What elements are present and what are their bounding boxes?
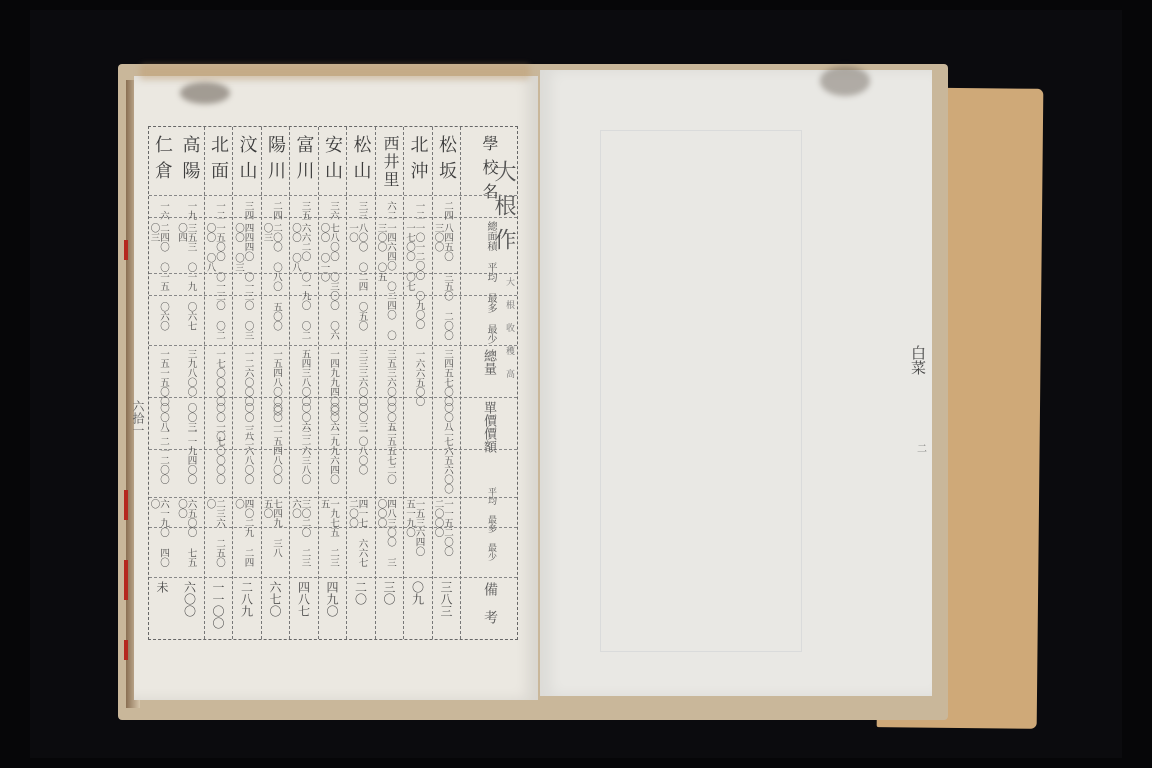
value-stats: 四〇二九 二四〇 [234, 499, 253, 574]
school-column: 仁倉 一六 二四〇 〇一五 〇六〇 〇三 一五一五〇〇 〇〇八 一二一二〇〇 六… [148, 127, 176, 639]
value-stats: 一一五二〇〇 二〇〇〇 [433, 499, 452, 574]
households: 三三 [357, 201, 367, 220]
red-stamp-mark [124, 560, 128, 600]
area: 四四四〇 〇一三〇 〇三〇〇 〇三 [234, 223, 253, 343]
total: 三四五七〇〇 [443, 349, 453, 406]
red-stamp-mark [124, 640, 128, 660]
school-column: 安山 三六 七八〇〇 〇三〇〇 〇六〇〇 〇一〇 一四九九四〇〇 〇〇六 二九九… [319, 127, 348, 639]
margin-note: 六拾一 [130, 400, 147, 436]
school-name: 富川 [295, 135, 313, 187]
remarks: 二八九 [241, 581, 253, 617]
remarks-label: 備考 [483, 582, 497, 638]
value-stats: 四一七 六六七 二〇〇 [348, 499, 367, 574]
school-column: 西井里 六二 一四六四〇 〇二四〇 〇三〇〇 〇五 三五三六〇〇 〇〇五 二五五… [376, 127, 405, 639]
value-stats: 二三六 二五〇〇 [205, 499, 224, 574]
value: 二七六五六〇〇 [443, 427, 453, 494]
stain [820, 66, 870, 96]
area: 七八〇〇 〇三〇〇 〇六〇〇 〇一〇 [319, 223, 338, 343]
area-label: 總面積 平均 最多 最少 [485, 221, 495, 344]
right-page-number: 二 [917, 440, 927, 455]
value: 一〇八〇〇 [357, 427, 367, 475]
remarks: 一一〇〇 [212, 581, 224, 629]
value: 二二六八〇〇 [243, 427, 253, 484]
school-column: 富川 三五 六六二〇 〇一九〇 〇二〇〇 〇八 五四三八〇〇 〇〇六 三二六三八… [290, 127, 319, 639]
remarks: 六〇〇 [184, 581, 196, 617]
school-name: 陽川 [266, 135, 284, 187]
remarks: 三〇 [383, 581, 395, 605]
area: 三五三 〇一九 〇六七 〇四 [177, 223, 196, 343]
area: 八四五〇 三五〇 二〇〇 三〇〇 [433, 223, 452, 343]
households: 六二 [386, 201, 396, 220]
school-name-label: 學校名 [481, 135, 497, 207]
school-name: 高陽 [181, 135, 199, 187]
school-column: 松坂 二四 八四五〇 三五〇 二〇〇 三〇〇 三四五七〇〇 〇〇八 二七六五六〇… [433, 127, 462, 639]
side-group-label: 大根收穫高 [504, 277, 513, 392]
header-column: 學校名 總面積 平均 最多 最少 總量 單價 價額 平均 最多 最少 備考 大根… [461, 127, 517, 639]
total: 一六六五〇〇 [414, 349, 424, 406]
total: 五四三八〇〇 [300, 349, 310, 406]
harvest-table: 學校名 總面積 平均 最多 最少 總量 單價 價額 平均 最多 最少 備考 大根… [148, 126, 518, 640]
households: 二四 [443, 201, 453, 220]
households: 三四 [243, 201, 253, 220]
area: 一五〇〇 〇一三〇 〇二〇〇 〇八 [205, 223, 224, 343]
households: 一二 [414, 201, 424, 220]
value-stats: 六一九〇 四〇〇 [149, 499, 168, 574]
total: 一七〇〇〇〇 [215, 349, 225, 406]
remarks: 未 [156, 581, 168, 593]
school-name: 松山 [352, 135, 370, 187]
right-page [540, 70, 932, 696]
total: 三五三六〇〇 [386, 349, 396, 406]
area: 八〇〇 〇二四 〇五〇 一〇 [348, 223, 367, 343]
value-stats: 七四九 三八 五〇 [262, 499, 281, 574]
households: 一九 [186, 201, 196, 220]
households: 三五 [300, 201, 310, 220]
value: 二五五七二〇 [386, 427, 396, 484]
value: 一七〇〇〇〇 [215, 427, 225, 484]
school-column: 高陽 一九 三五三 〇一九 〇六七 〇四 三九八〇〇 〇〇三 一一九四〇〇 六五… [176, 127, 205, 639]
area: 一〇一二〇〇 〇九〇〇 一七〇〇 〇七 [405, 223, 424, 343]
households: 一六 [159, 201, 169, 220]
school-column: 陽川 二四 二〇〇 〇八〇 五〇〇 〇三 一五四八〇〇〇 〇〇一 一五四八〇〇 … [262, 127, 291, 639]
total: 一二六〇〇〇 [243, 349, 253, 406]
value-label: 價額 [482, 427, 495, 453]
remarks: 〇九 [412, 581, 424, 605]
school-name: 西井里 [382, 135, 398, 189]
households: 三六 [329, 201, 339, 220]
bleed-through-grid [600, 130, 802, 652]
remarks: 四八七 [298, 581, 310, 617]
school-name: 北面 [209, 135, 227, 187]
total: 一五一五〇〇 [159, 349, 169, 406]
remarks: 四九〇 [326, 581, 338, 617]
school-column: 北面 一二 一五〇〇 〇一三〇 〇二〇〇 〇八 一七〇〇〇〇 〇〇一〇 一七〇〇… [205, 127, 234, 639]
school-name: 汶山 [238, 135, 256, 187]
remarks: 二〇 [355, 581, 367, 605]
school-name: 仁倉 [153, 135, 171, 187]
total: 三三三六〇〇 [357, 349, 367, 406]
school-column: 松山 三三 八〇〇 〇二四 〇五〇 一〇 三三三六〇〇 〇〇三 一〇八〇〇 四一… [347, 127, 376, 639]
value: 三二六三八〇 [300, 427, 310, 484]
value-stats-label: 平均 最多 最少 [486, 487, 495, 561]
area: 二四〇 〇一五 〇六〇 〇三 [149, 223, 168, 343]
remarks: 三八三 [440, 581, 452, 617]
school-name: 松坂 [437, 135, 455, 187]
school-column: 北沖 一二 一〇一二〇〇 〇九〇〇 一七〇〇 〇七 一六六五〇〇 一五三六四〇 … [404, 127, 433, 639]
red-stamp-mark [124, 240, 128, 260]
area: 二〇〇 〇八〇 五〇〇 〇三 [262, 223, 281, 343]
stain [180, 82, 230, 104]
value: 二九九六四〇 [329, 427, 339, 484]
value-stats: 四八三〇〇 三〇〇〇 [376, 499, 395, 574]
households: 一二 [215, 201, 225, 220]
stain [140, 64, 530, 80]
area: 六六二〇 〇一九〇 〇二〇〇 〇八 [291, 223, 310, 343]
red-stamp-mark [124, 490, 128, 520]
school-column: 汶山 三四 四四四〇 〇一三〇 〇三〇〇 〇三 一二六〇〇〇 〇〇一八 二二六八… [233, 127, 262, 639]
households: 二四 [272, 201, 282, 220]
school-name: 北沖 [409, 135, 427, 187]
total-label: 總量 [482, 349, 495, 375]
value-stats: 六五〇〇 七五〇〇 [177, 499, 196, 574]
value-stats: 三〇二〇 二三六〇 [291, 499, 310, 574]
remarks: 六七〇 [269, 581, 281, 617]
total: 三九八〇〇 [186, 349, 196, 397]
value-stats: 一五三六四〇 五一九〇 [405, 499, 424, 574]
value: 一二一二〇〇 [159, 427, 169, 484]
value: 一五四八〇〇 [272, 427, 282, 484]
area: 一四六四〇 〇二四〇 〇三〇〇 〇五 [376, 223, 395, 343]
value: 一一九四〇〇 [186, 427, 196, 484]
value-stats: 一九七五 二三五 [319, 499, 338, 574]
right-page-note: 白菜 [908, 345, 929, 375]
unit-price-label: 單價 [482, 401, 495, 427]
school-name: 安山 [323, 135, 341, 187]
